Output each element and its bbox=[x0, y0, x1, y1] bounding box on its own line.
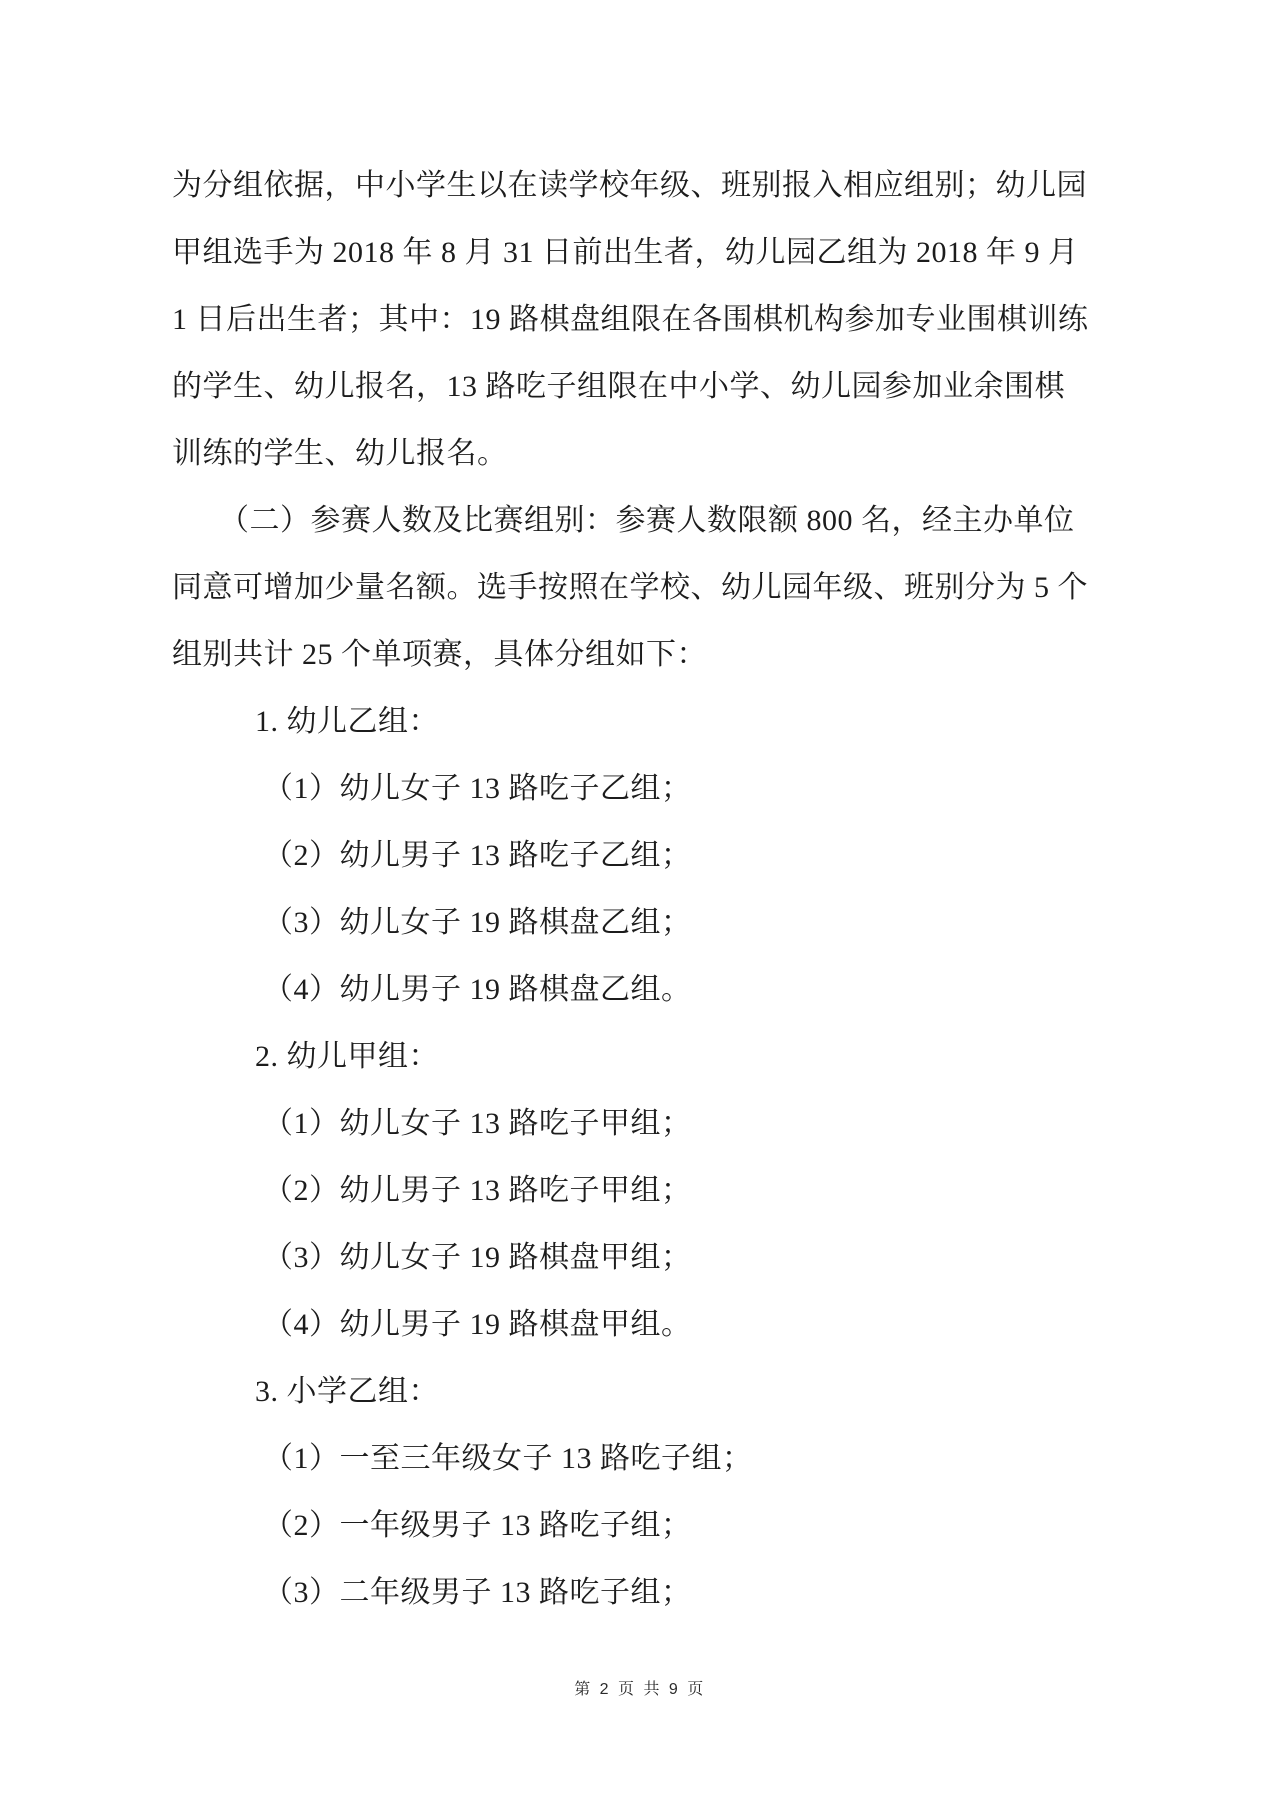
group-heading: 3. 小学乙组： bbox=[172, 1358, 1112, 1425]
body-text-line: 为分组依据，中小学生以在读学校年级、班别报入相应组别；幼儿园 bbox=[172, 152, 1112, 219]
group-item: （3）幼儿女子 19 路棋盘乙组； bbox=[172, 889, 1112, 956]
body-text-line: 甲组选手为 2018 年 8 月 31 日前出生者，幼儿园乙组为 2018 年 … bbox=[172, 219, 1112, 286]
group-item: （1）一至三年级女子 13 路吃子组； bbox=[172, 1425, 1112, 1492]
document-body: 为分组依据，中小学生以在读学校年级、班别报入相应组别；幼儿园 甲组选手为 201… bbox=[172, 152, 1112, 1626]
group-item: （4）幼儿男子 19 路棋盘乙组。 bbox=[172, 956, 1112, 1023]
group-heading: 2. 幼儿甲组： bbox=[172, 1023, 1112, 1090]
group-item: （2）幼儿男子 13 路吃子甲组； bbox=[172, 1157, 1112, 1224]
group-item: （3）幼儿女子 19 路棋盘甲组； bbox=[172, 1224, 1112, 1291]
document-page: 为分组依据，中小学生以在读学校年级、班别报入相应组别；幼儿园 甲组选手为 201… bbox=[0, 0, 1280, 1810]
group-item: （4）幼儿男子 19 路棋盘甲组。 bbox=[172, 1291, 1112, 1358]
body-text-line: 组别共计 25 个单项赛，具体分组如下： bbox=[172, 621, 1112, 688]
body-text-line: 的学生、幼儿报名，13 路吃子组限在中小学、幼儿园参加业余围棋 bbox=[172, 353, 1112, 420]
page-number-text: 第 2 页 共 9 页 bbox=[574, 1681, 706, 1698]
group-heading: 1. 幼儿乙组： bbox=[172, 688, 1112, 755]
body-text-line: 1 日后出生者；其中：19 路棋盘组限在各围棋机构参加专业围棋训练 bbox=[172, 286, 1112, 353]
group-item: （1）幼儿女子 13 路吃子乙组； bbox=[172, 755, 1112, 822]
group-item: （2）一年级男子 13 路吃子组； bbox=[172, 1492, 1112, 1559]
page-footer: 第 2 页 共 9 页 bbox=[0, 1676, 1280, 1699]
group-item: （2）幼儿男子 13 路吃子乙组； bbox=[172, 822, 1112, 889]
body-text-line: （二）参赛人数及比赛组别：参赛人数限额 800 名，经主办单位 bbox=[172, 487, 1112, 554]
group-item: （3）二年级男子 13 路吃子组； bbox=[172, 1559, 1112, 1626]
body-text-line: 同意可增加少量名额。选手按照在学校、幼儿园年级、班别分为 5 个 bbox=[172, 554, 1112, 621]
body-text-line: 训练的学生、幼儿报名。 bbox=[172, 420, 1112, 487]
group-item: （1）幼儿女子 13 路吃子甲组； bbox=[172, 1090, 1112, 1157]
